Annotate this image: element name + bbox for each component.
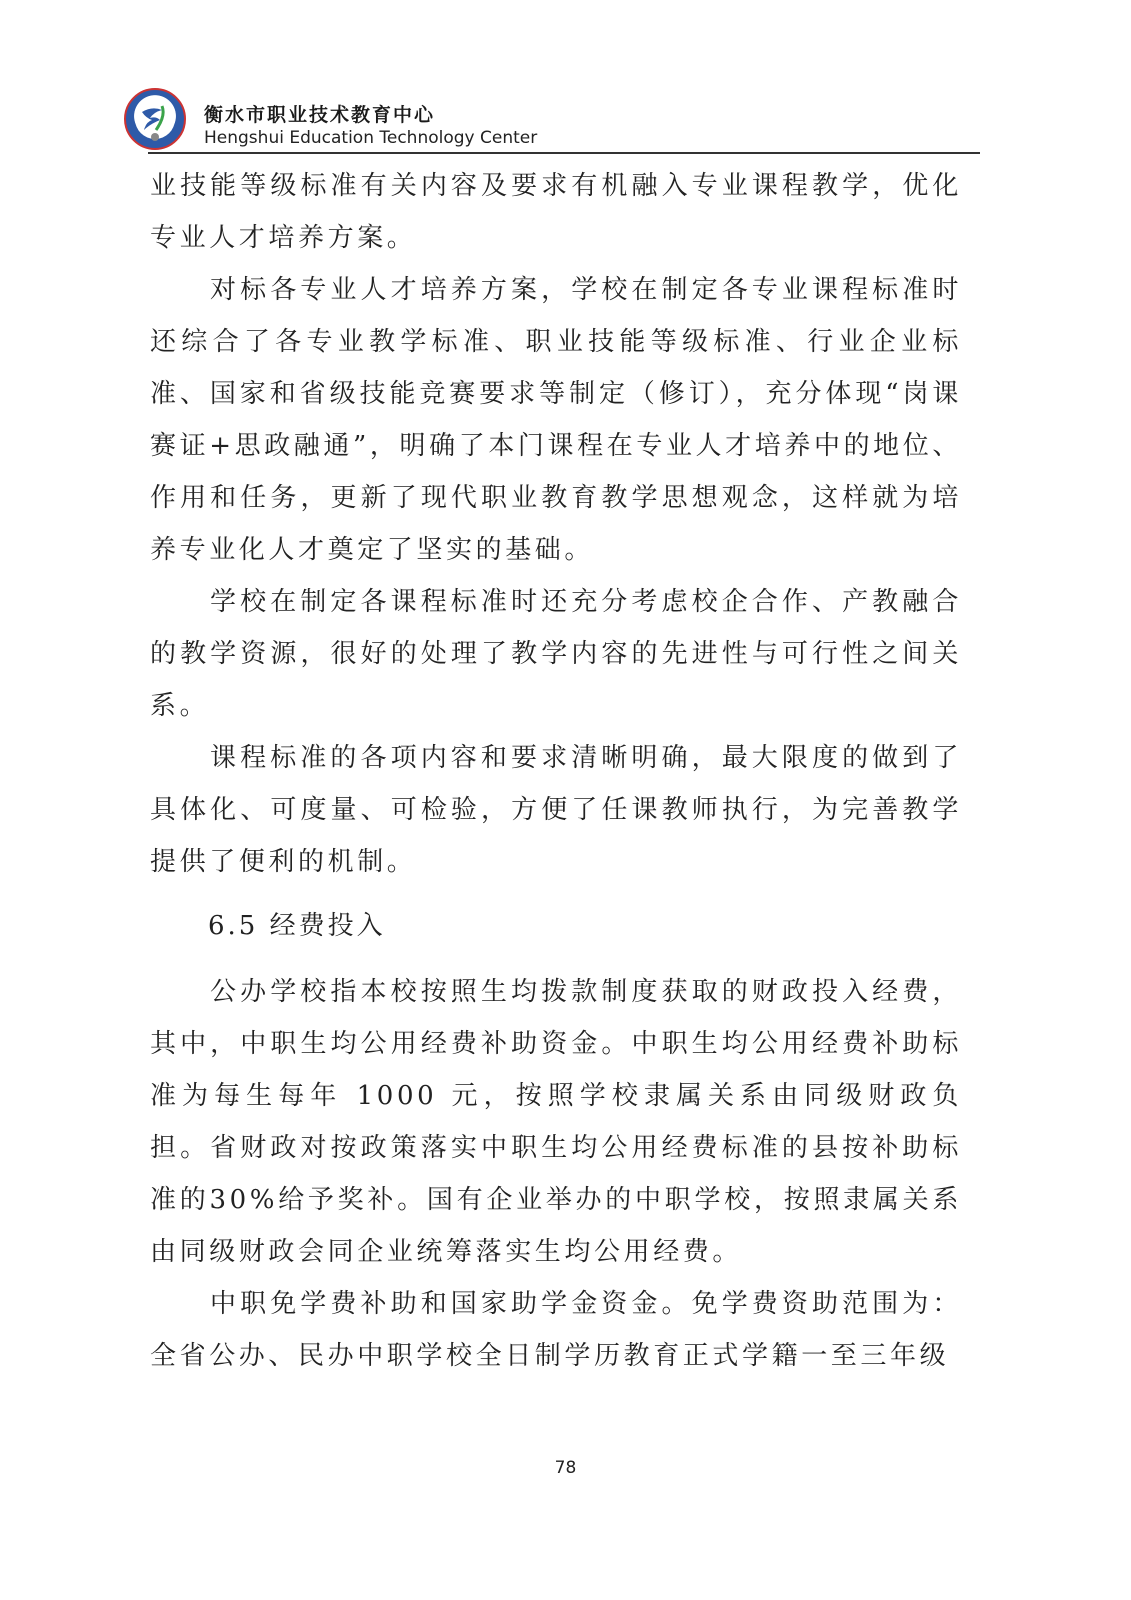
paragraph: 公办学校指本校按照生均拨款制度获取的财政投入经费，其中，中职生均公用经费补助资金… bbox=[150, 966, 962, 1278]
page-header: 衡水市职业技术教育中心 Hengshui Education Technolog… bbox=[124, 88, 980, 154]
paragraph: 业技能等级标准有关内容及要求有机融入专业课程教学，优化专业人才培养方案。 bbox=[150, 160, 962, 264]
page-number: 78 bbox=[0, 1458, 1131, 1478]
school-emblem-icon bbox=[124, 88, 186, 150]
paragraph: 课程标准的各项内容和要求清晰明确，最大限度的做到了具体化、可度量、可检验，方便了… bbox=[150, 732, 962, 888]
organization-name-cn: 衡水市职业技术教育中心 bbox=[204, 100, 435, 127]
paragraph: 学校在制定各课程标准时还充分考虑校企合作、产教融合的教学资源，很好的处理了教学内… bbox=[150, 576, 962, 732]
organization-name-en: Hengshui Education Technology Center bbox=[204, 128, 537, 148]
paragraph: 对标各专业人才培养方案，学校在制定各专业课程标准时还综合了各专业教学标准、职业技… bbox=[150, 264, 962, 576]
paragraph: 中职免学费补助和国家助学金资金。免学费资助范围为：全省公办、民办中职学校全日制学… bbox=[150, 1278, 962, 1382]
header-rule bbox=[148, 152, 980, 154]
document-body: 业技能等级标准有关内容及要求有机融入专业课程教学，优化专业人才培养方案。 对标各… bbox=[150, 160, 962, 1382]
section-heading: 6.5 经费投入 bbox=[208, 900, 962, 952]
